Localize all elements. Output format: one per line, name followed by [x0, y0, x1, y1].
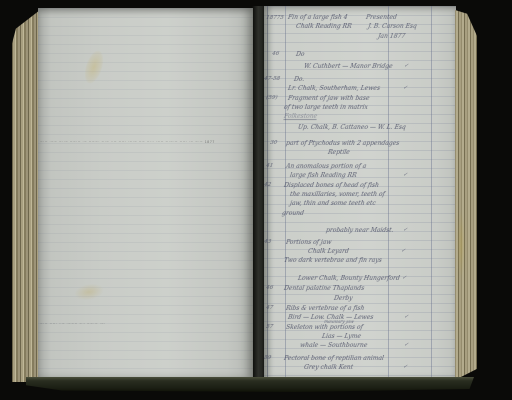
handwriting-fragment: part of Ptychodus with 2 appendages [285, 140, 399, 147]
check-mark: ✓ [400, 248, 405, 255]
page-edges-right [455, 10, 477, 380]
register-book-photo: ~·~ ·~~ ~··~ ~~·~ ·~ ~~~· ~·~ ··~ ~~· ·~… [0, 0, 512, 400]
handwriting-fragment: Grey chalk Kent [303, 364, 353, 371]
check-mark: ✓ [403, 63, 408, 70]
handwriting-fragment: Do. [293, 76, 304, 83]
handwriting-fragment: W. Cuthbert — Manor Bridge [303, 63, 393, 70]
handwriting-fragment: the maxillaries, vomer, teeth of [289, 191, 385, 198]
check-mark: ✓ [401, 275, 406, 282]
left-page: ~·~ ·~~ ~··~ ~~·~ ·~ ~~~· ~·~ ··~ ~~· ·~… [38, 8, 253, 378]
handwriting-fragment: Lr. Chalk, Southerham, Lewes [287, 85, 380, 92]
handwriting-fragment: Fin of a large fish 4 [287, 14, 348, 21]
handwriting-fragment: Derby [333, 295, 353, 302]
handwriting-fragment: Chalk Leyard [307, 248, 349, 255]
page-edges-left [12, 10, 40, 382]
handwriting-fragment: Chalk Reading RR [295, 23, 352, 30]
handwriting-fragment: Reptile [327, 149, 350, 156]
handwriting-fragment: 59 [263, 355, 271, 362]
handwriting-fragment: Fragment of jaw with base [287, 95, 370, 102]
handwriting-fragment: maxillary jaw [323, 319, 354, 326]
handwriting-fragment: Ribs & vertebrae of a fish [285, 305, 364, 312]
handwriting-fragment: Up. Chalk, B. Cattaneo — W. L. Esq [297, 124, 406, 131]
handwriting-fragment: Two dark vertebrae and fin rays [283, 257, 382, 264]
handwriting-fragment: Do [295, 51, 305, 58]
check-mark: ✓ [402, 227, 407, 234]
handwriting-fragment: Lias — Lyme [321, 333, 361, 340]
handwriting-fragment: Jan 1877 [377, 33, 405, 40]
handwriting-fragment: 47-58 [263, 76, 280, 83]
handwriting-fragment: An anomalous portion of a [285, 163, 366, 170]
handwriting-fragment: 30 [269, 140, 277, 147]
handwriting-fragment: Displaced bones of head of fish [283, 182, 379, 189]
handwriting-fragment: 43 [263, 239, 271, 246]
handwriting-fragment: whale — Southbourne [299, 342, 368, 349]
handwriting-fragment: Dental palatine Thaplands [283, 285, 364, 292]
handwriting-fragment: Portions of jaw [285, 239, 332, 246]
handwriting-fragment: 46 [265, 285, 273, 292]
page-stain [73, 282, 105, 303]
handwriting-fragment: Presented [365, 14, 397, 21]
handwriting-fragment: 41 [265, 163, 273, 170]
check-mark: ✓ [403, 314, 408, 321]
right-column-rule [431, 6, 432, 378]
handwriting-fragment: 57 [265, 324, 273, 331]
handwriting-fragment: Pectoral bone of reptilian animal [283, 355, 384, 362]
page-stain [81, 48, 107, 85]
check-mark: ✓ [402, 364, 407, 371]
stamp-note-top: ~·~ ·~~ ~··~ ~~·~ ·~ ~~~· ~·~ ··~ ~~· ·~… [40, 140, 215, 144]
handwriting-fragment: (59) [265, 95, 278, 102]
check-mark: ✓ [402, 172, 407, 179]
handwriting-fragment: Lower Chalk, Bounty Hungerford [297, 275, 400, 282]
check-mark: ✓ [403, 342, 408, 349]
right-page: 18775Fin of a large fish 4PresentedChalk… [264, 6, 456, 378]
handwriting-fragment: 42 [263, 182, 271, 189]
handwriting-fragment: Folkestone [283, 113, 317, 120]
handwriting-fragment: ground [281, 210, 304, 217]
margin-rule [267, 6, 268, 378]
check-mark: ✓ [402, 85, 407, 92]
handwriting-fragment: 46 [271, 51, 279, 58]
stamp-note-bottom: ~·~ ~~· ··~ ·~~~ ~·· ~~·~ ·~· [40, 322, 106, 326]
number-column-rule [285, 6, 286, 378]
handwriting-fragment: 18775 [265, 15, 284, 22]
handwriting-fragment: large fish Reading RR [289, 172, 357, 179]
handwriting-fragment: probably near Maidst. [325, 227, 394, 234]
handwriting-fragment: 47 [265, 305, 273, 312]
handwriting-fragment: jaw, thin and some teeth etc [289, 200, 376, 207]
edge-stain [457, 210, 465, 280]
handwriting-fragment: J. B. Carson Esq [367, 23, 417, 30]
check-column-rule [388, 6, 389, 378]
book-bottom-edge [26, 377, 474, 392]
handwriting-fragment: of two large teeth in matrix [283, 104, 368, 111]
